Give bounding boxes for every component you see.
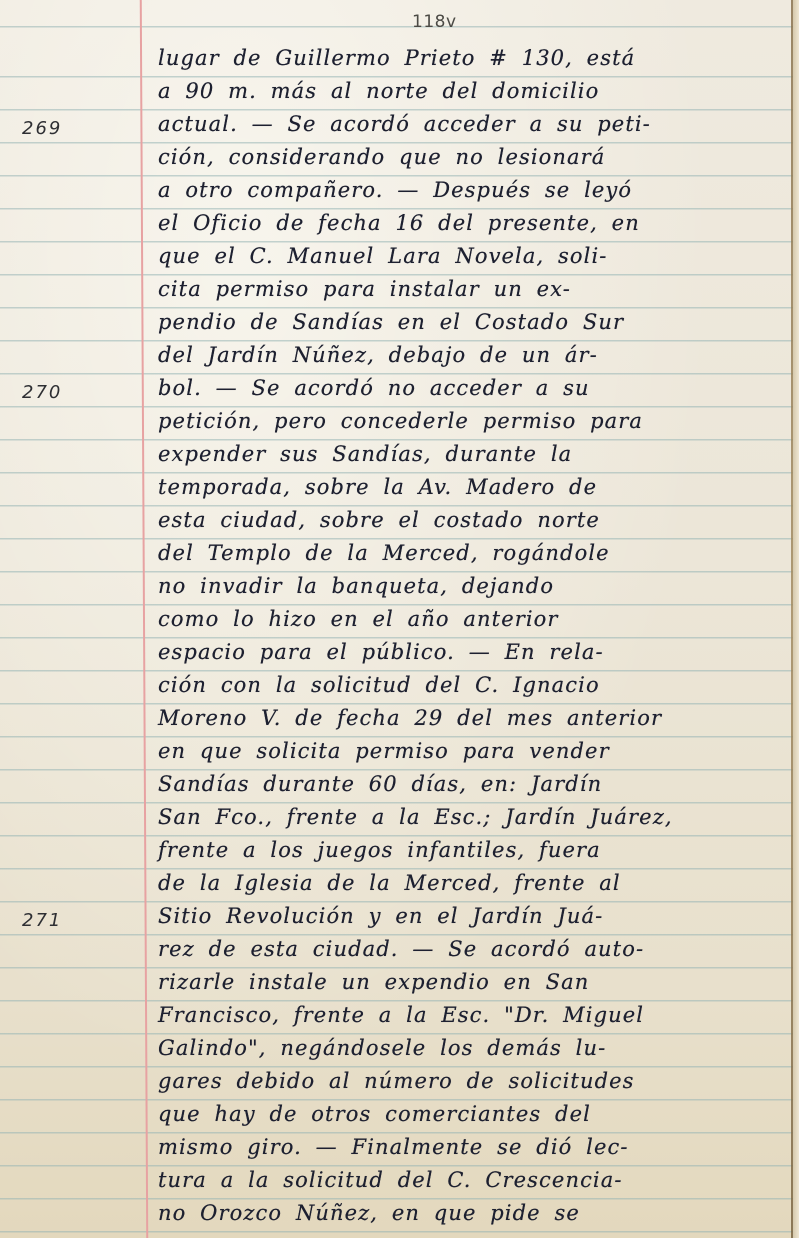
page-edge-strip (793, 0, 799, 1238)
text-line: San Fco., frente a la Esc.; Jardín Juáre… (150, 801, 780, 834)
text-line: tura a la solicitud del C. Crescencia- (150, 1164, 780, 1197)
text-line: del Templo de la Merced, rogándole (150, 537, 780, 570)
text-line: Sandías durante 60 días, en: Jardín (150, 768, 780, 801)
text-line: pendio de Sandías en el Costado Sur (150, 306, 780, 339)
text-line: cita permiso para instalar un ex- (150, 273, 780, 306)
text-line: del Jardín Núñez, debajo de un ár- (150, 339, 780, 372)
text-line: como lo hizo en el año anterior (150, 603, 780, 636)
text-line: ción con la solicitud del C. Ignacio (150, 669, 780, 702)
text-line: ción, considerando que no lesionará (150, 141, 780, 174)
text-line: Moreno V. de fecha 29 del mes anterior (150, 702, 780, 735)
entry-number-271: 271 (22, 910, 62, 931)
text-line: mismo giro. — Finalmente se dió lec- (150, 1131, 780, 1164)
folio-number: 118v (412, 12, 457, 32)
text-line: no Orozco Núñez, en que pide se (150, 1197, 780, 1230)
text-line: no invadir la banqueta, dejando (150, 570, 780, 603)
text-line: que hay de otros comerciantes del (150, 1098, 780, 1131)
text-line: petición, pero concederle permiso para (150, 405, 780, 438)
text-line: lugar de Guillermo Prieto # 130, está (150, 42, 780, 75)
text-line: rizarle instale un expendio en San (150, 966, 780, 999)
text-line: espacio para el público. — En rela- (150, 636, 780, 669)
handwritten-body: lugar de Guillermo Prieto # 130, está a … (150, 42, 780, 1230)
text-line: rez de esta ciudad. — Se acordó auto- (150, 933, 780, 966)
text-line: bol. — Se acordó no acceder a su (150, 372, 780, 405)
text-line: el Oficio de fecha 16 del presente, en (150, 207, 780, 240)
text-line: esta ciudad, sobre el costado norte (150, 504, 780, 537)
ledger-page: 118v 269 270 271 lugar de Guillermo Prie… (0, 0, 799, 1238)
text-line: gares debido al número de solicitudes (150, 1065, 780, 1098)
text-line: a otro compañero. — Después se leyó (150, 174, 780, 207)
text-line: a 90 m. más al norte del domicilio (150, 75, 780, 108)
text-line: temporada, sobre la Av. Madero de (150, 471, 780, 504)
text-line: actual. — Se acordó acceder a su peti- (150, 108, 780, 141)
text-line: Sitio Revolución y en el Jardín Juá- (150, 900, 780, 933)
text-line: frente a los juegos infantiles, fuera (150, 834, 780, 867)
text-line: Galindo", negándosele los demás lu- (150, 1032, 780, 1065)
entry-number-270: 270 (22, 382, 62, 403)
text-line: Francisco, frente a la Esc. "Dr. Miguel (150, 999, 780, 1032)
text-line: que el C. Manuel Lara Novela, soli- (150, 240, 780, 273)
entry-number-269: 269 (22, 118, 62, 139)
text-line: en que solicita permiso para vender (150, 735, 780, 768)
text-line: expender sus Sandías, durante la (150, 438, 780, 471)
page-binding-edge (791, 0, 793, 1238)
text-line: de la Iglesia de la Merced, frente al (150, 867, 780, 900)
